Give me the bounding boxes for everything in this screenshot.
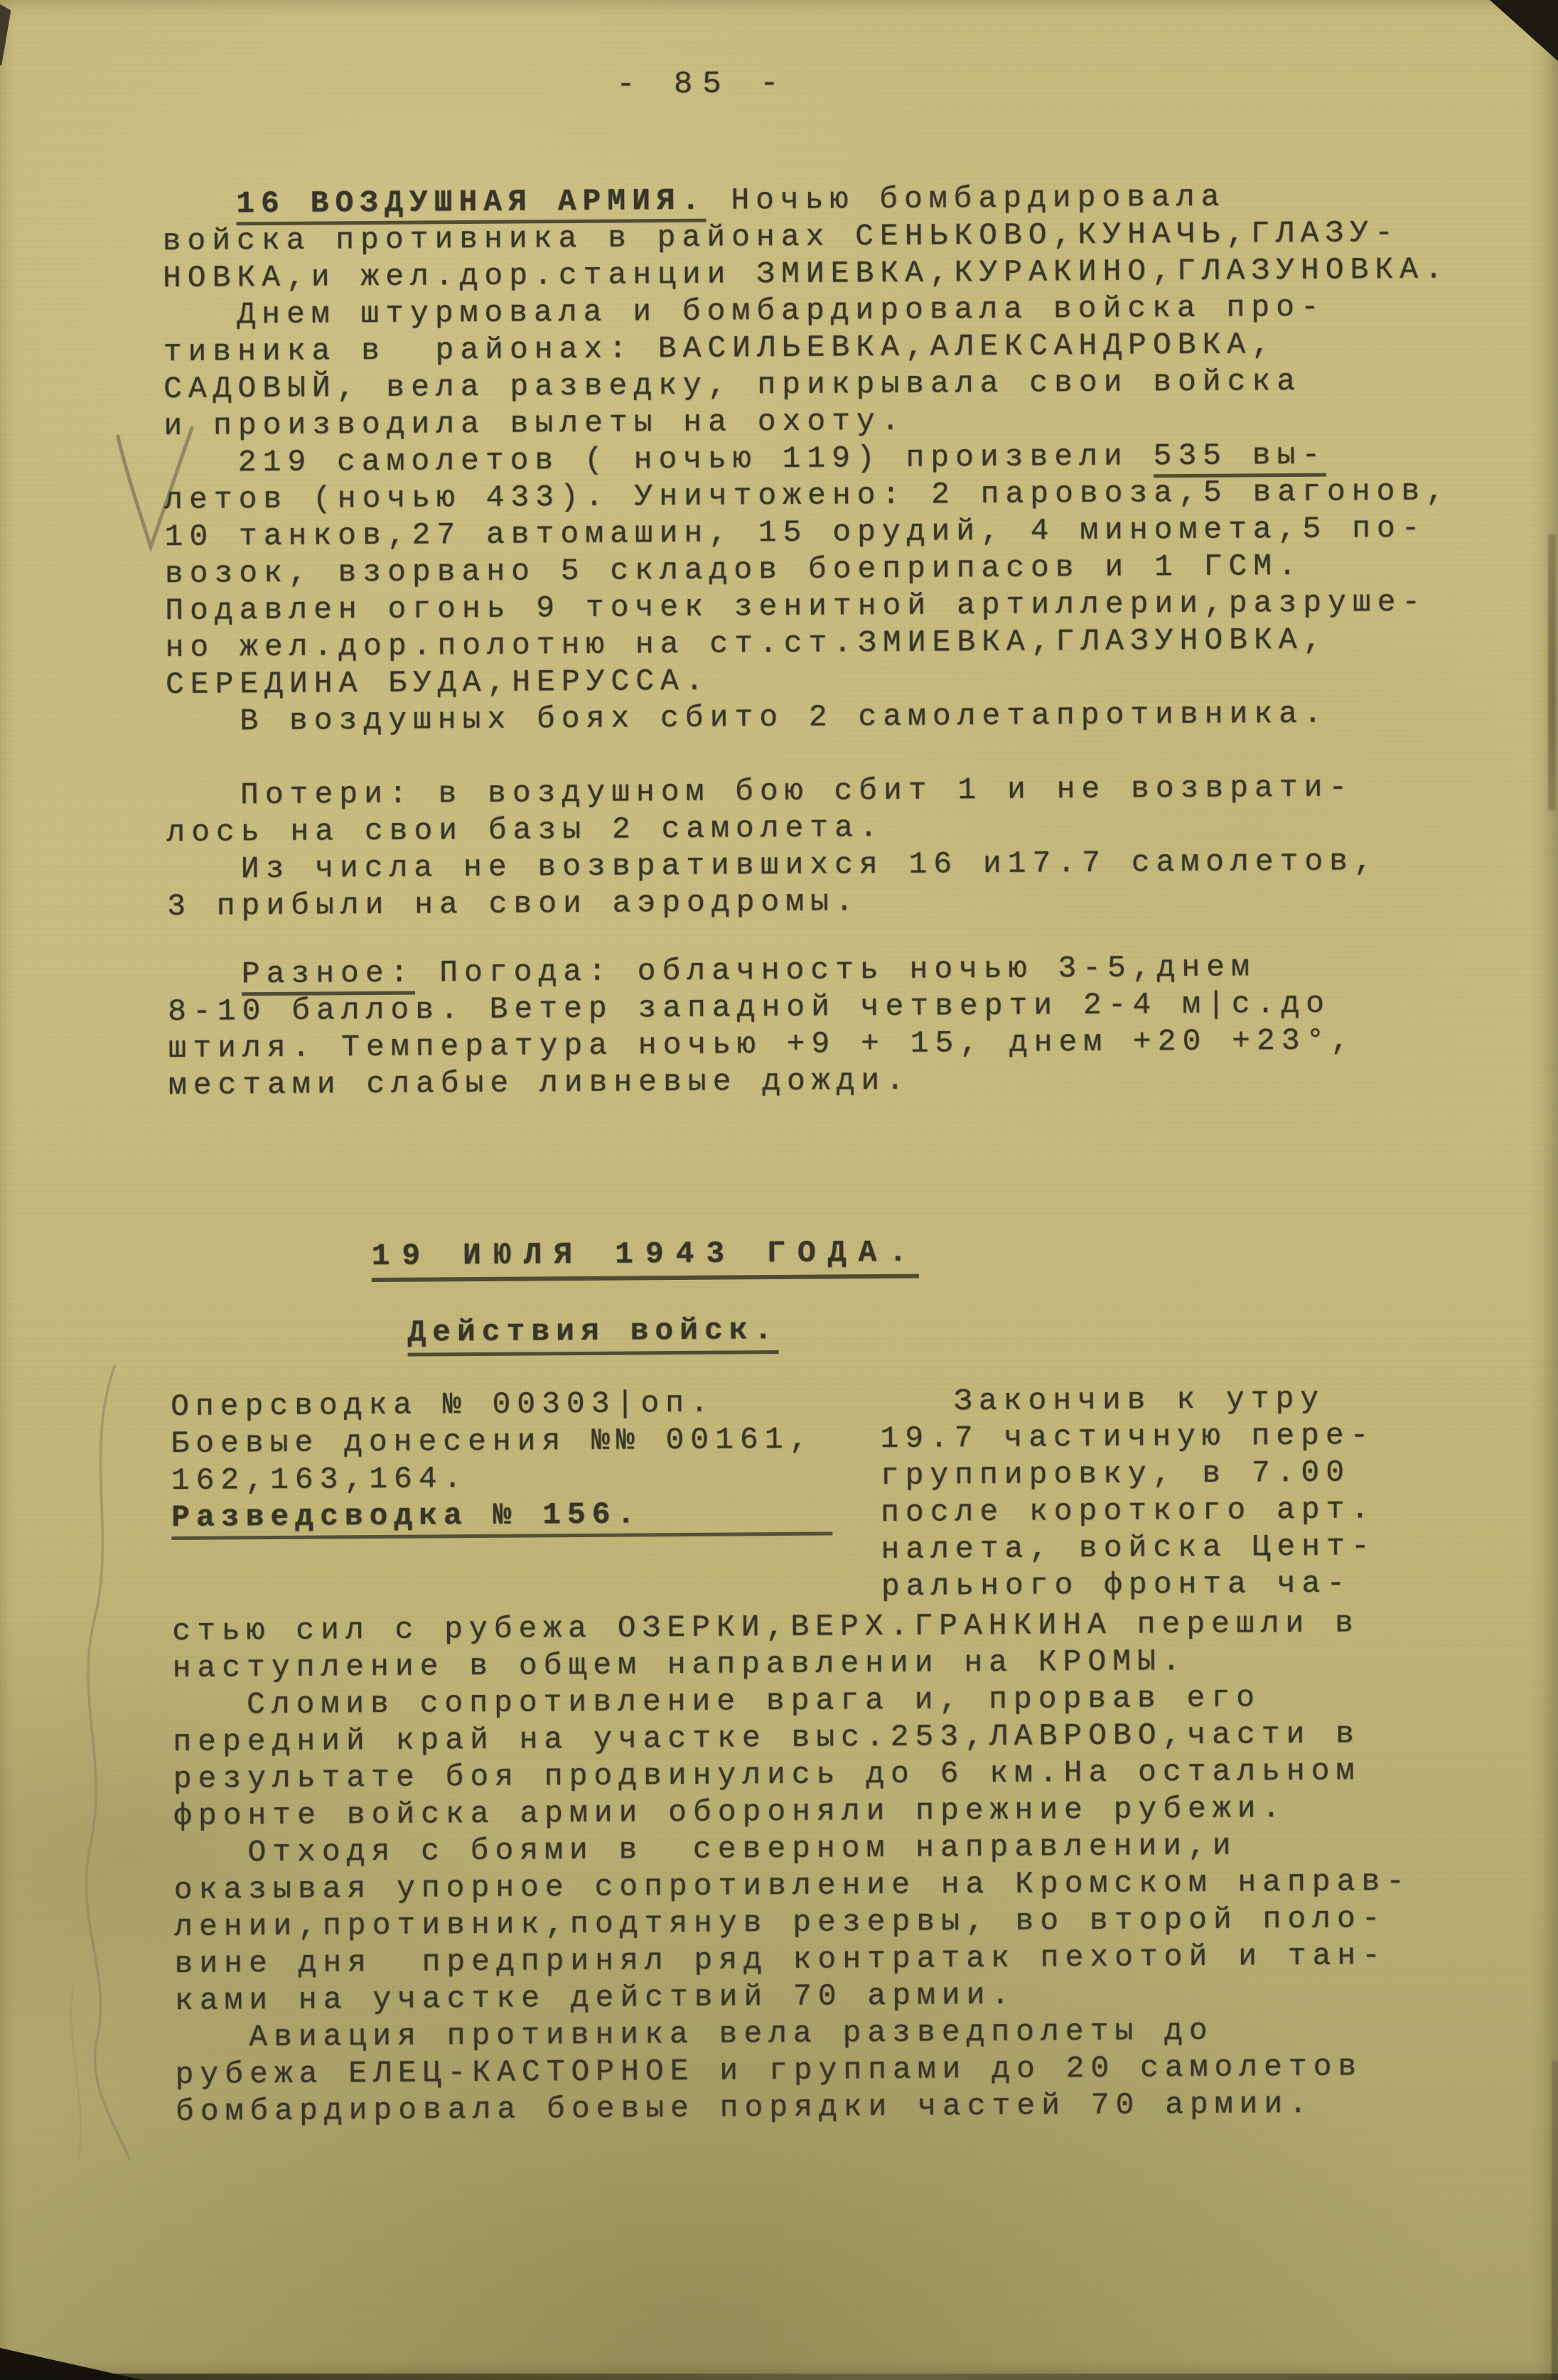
text-span: Отходя с боями в северном направлении,и: [247, 1829, 1237, 1870]
text-span: 8-10 баллов. Ветер западной четверти 2-4…: [168, 986, 1331, 1029]
text-span: бомбардировала боевые порядки частей 70 …: [176, 2086, 1313, 2129]
page-number: - 85 -: [616, 65, 789, 104]
text-line: Оперсводка № 00303|оп.: [171, 1384, 888, 1426]
text-span: Закончив к утру: [954, 1382, 1325, 1419]
text-line: 162,163,164.: [171, 1458, 889, 1499]
paragraph-weather-misc: Разное: Погода: облачность ночью 3-5,дне…: [168, 947, 1505, 1104]
text-span: фронте войска армии обороняли прежние ру…: [173, 1791, 1287, 1834]
text-line: Боевые донесения №№ 00161,: [171, 1421, 888, 1463]
text-span: ками на участке действий 70 армии.: [175, 1978, 1016, 2018]
text-line: налета, войска Цент-: [881, 1527, 1463, 1568]
text-line: Разведсводка № 156.: [171, 1495, 832, 1539]
text-line: 19.7 частичную пере-: [880, 1416, 1463, 1458]
text-span: 162,163,164.: [171, 1461, 468, 1498]
text-span: Разведсводка № 156.: [171, 1497, 642, 1535]
text-span: тивника в районах: ВАСИЛЬЕВКА,АЛЕКСАНДРО…: [163, 327, 1277, 370]
text-span: СЕРЕДИНА БУДА,НЕРУССА.: [166, 664, 710, 702]
text-span: группировку, в 7.00: [881, 1455, 1351, 1493]
date-heading: 19 ИЮЛЯ 1943 ГОДА.: [371, 1234, 919, 1282]
underlined-text: 535 вы-: [1153, 438, 1326, 478]
text-span: и производила вылеты на охоту.: [163, 404, 906, 443]
text-span: В воздушных боях сбито 2 самолетапротивн…: [240, 696, 1328, 739]
text-span: после короткого арт.: [881, 1492, 1375, 1530]
text-span: но жел.дор.полотню на ст.ст.ЗМИЕВКА,ГЛАЗ…: [165, 623, 1328, 665]
text-span: рального фронта ча-: [881, 1566, 1352, 1604]
text-span: лении,противник,подтянув резервы, во вто…: [174, 1901, 1387, 1944]
paragraph-source-documents: Оперсводка № 00303|оп.Боевые донесения №…: [171, 1384, 889, 1540]
text-span: Оперсводка № 00303|оп.: [171, 1386, 715, 1424]
text-span: 19.7 частичную пере-: [880, 1418, 1375, 1456]
text-span: результате боя продвинулись до 6 км.На о…: [173, 1753, 1361, 1797]
text-span: 3 прибыли на свои аэродромы.: [167, 884, 860, 924]
text-span: налета, войска Цент-: [881, 1529, 1375, 1567]
text-span: Потери: в воздушном бою сбит 1 и не возв…: [240, 770, 1354, 812]
document-page: - 85 - 16 ВОЗДУШНАЯ АРМИЯ. Ночью бомбард…: [0, 0, 1558, 2380]
text-span: рубежа ЕЛЕЦ-КАСТОРНОЕ и группами до 20 с…: [175, 2049, 1363, 2092]
underlined-text: Разное:: [242, 956, 415, 996]
paragraph-losses: Потери: в воздушном бою сбит 1 и не возв…: [166, 768, 1503, 925]
text-span: Сломив сопротивление врага и, прорвав ег…: [247, 1680, 1261, 1722]
text-span: Авиация противника вела разведполеты до: [249, 2013, 1214, 2055]
text-span: 219 самолетов ( ночью 119) произвели: [238, 438, 1154, 480]
underlined-text: 16 ВОЗДУШНАЯ АРМИЯ.: [236, 183, 707, 226]
text-line: рального фронта ча-: [881, 1564, 1464, 1605]
text-span: штиля. Температура ночью +9 + 15, днем +…: [168, 1023, 1355, 1066]
text-span: Погода: облачность ночью 3-5,днем: [414, 949, 1256, 990]
paragraph-air-army-report: 16 ВОЗДУШНАЯ АРМИЯ. Ночью бомбардировала…: [162, 177, 1502, 741]
text-line: группировку, в 7.00: [881, 1453, 1463, 1495]
text-span: вине дня предпринял ряд контратак пехото…: [174, 1938, 1387, 1981]
text-span: местами слабые ливневые дожди.: [168, 1063, 910, 1103]
paragraph-offensive-report: стью сил с рубежа ОЗЕРКИ,ВЕРХ.ГРАНКИНА п…: [172, 1604, 1512, 2131]
text-line: после короткого арт.: [881, 1490, 1463, 1531]
paragraph-regrouping-intro: Закончив к утру19.7 частичную пере-групп…: [880, 1379, 1464, 1605]
text-span: возок, взорвано 5 складов боеприпасов и …: [165, 549, 1303, 591]
typewritten-text-layer: - 85 - 16 ВОЗДУШНАЯ АРМИЯ. Ночью бомбард…: [0, 0, 1558, 2380]
text-span: наступление в общем направлении на КРОМЫ…: [173, 1644, 1187, 1686]
text-span: стью сил с рубежа ОЗЕРКИ,ВЕРХ.ГРАНКИНА п…: [172, 1605, 1360, 1649]
text-span: Днем штурмовала и бомбардировала войска …: [237, 290, 1326, 333]
text-span: Из числа не возвратившихся 16 и17.7 само…: [241, 844, 1379, 886]
text-line: Закончив к утру: [880, 1379, 1463, 1421]
section-subheading: Действия войск.: [407, 1312, 778, 1357]
text-span: передний край на участке выс.253,ЛАВРОВО…: [173, 1716, 1360, 1760]
text-span: лось на свои базы 2 самолета.: [166, 810, 884, 850]
text-span: Ночью бомбардировала: [706, 180, 1225, 218]
text-span: САДОВЫЙ, вела разведку, прикрывала свои …: [163, 364, 1301, 406]
text-span: Боевые донесения №№ 00161,: [171, 1422, 814, 1461]
